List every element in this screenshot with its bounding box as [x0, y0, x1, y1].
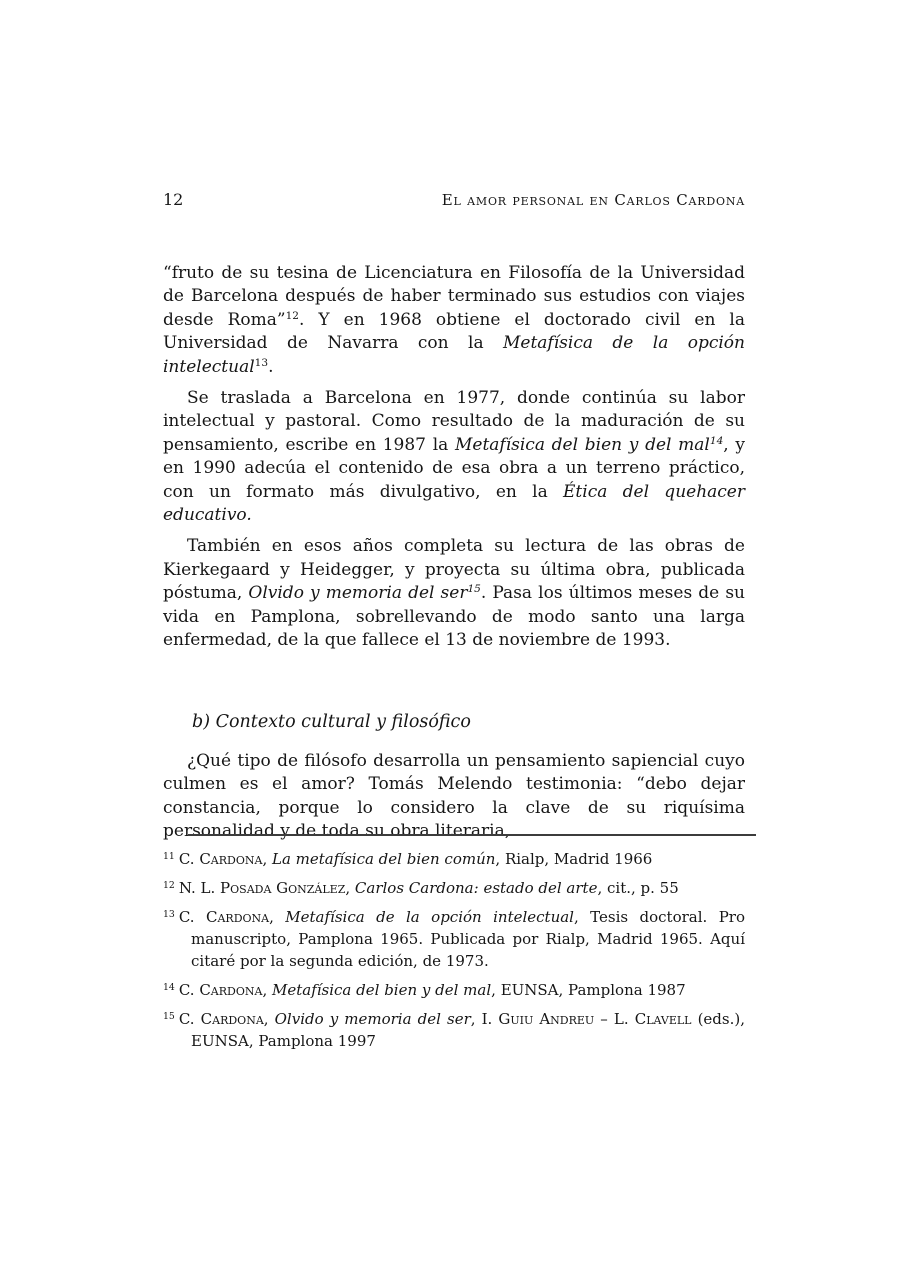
footnote-text: N. L. Posada González, Carlos Cardona: e… [179, 879, 679, 897]
footnote-number: 12 [163, 880, 175, 891]
footnote-item-12: 12N. L. Posada González, Carlos Cardona:… [163, 877, 745, 899]
footnote-item-11: 11C. Cardona, La metafísica del bien com… [163, 848, 745, 870]
footnote-text: C. Cardona, Metafísica del bien y del ma… [179, 981, 686, 999]
paragraph-4: ¿Qué tipo de filósofo desarrolla un pens… [163, 750, 745, 844]
footnote-separator-rule [188, 834, 756, 836]
footnote-number: 13 [163, 909, 175, 920]
footnote-number: 15 [163, 1011, 175, 1022]
footnote-text: C. Cardona, La metafísica del bien común… [179, 850, 653, 868]
footnote-item-15: 15C. Cardona, Olvido y memoria del ser, … [163, 1008, 745, 1052]
page-header: 12 El amor personal en Carlos Cardona [163, 190, 745, 209]
footnote-text: C. Cardona, Olvido y memoria del ser, I.… [179, 1010, 745, 1050]
document-page: 12 El amor personal en Carlos Cardona “f… [0, 0, 905, 1280]
footnote-item-13: 13C. Cardona, Metafísica de la opción in… [163, 906, 745, 972]
footnote-text: C. Cardona, Metafísica de la opción inte… [179, 908, 745, 970]
page-number: 12 [163, 190, 183, 209]
footnotes-block: 11C. Cardona, La metafísica del bien com… [163, 834, 745, 1059]
running-title: El amor personal en Carlos Cardona [442, 191, 745, 209]
paragraph-3: También en esos años completa su lectura… [163, 535, 745, 652]
paragraph-1: “fruto de su tesina de Licenciatura en F… [163, 262, 745, 379]
footnote-item-14: 14C. Cardona, Metafísica del bien y del … [163, 979, 745, 1001]
section-heading: b) Contexto cultural y filosófico [192, 711, 745, 734]
paragraph-2: Se traslada a Barcelona en 1977, donde c… [163, 387, 745, 527]
footnote-number: 14 [163, 982, 175, 993]
body-text: “fruto de su tesina de Licenciatura en F… [163, 262, 745, 844]
footnote-number: 11 [163, 851, 175, 862]
